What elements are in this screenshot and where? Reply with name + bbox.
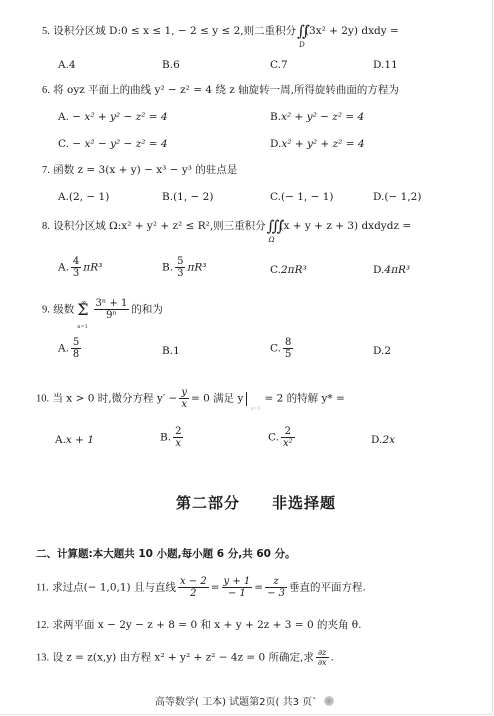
exam-page: 5. 设积分区域 D:0 ≤ x ≤ 1, − 2 ≤ y ≤ 2,则二重积分∬… — [0, 0, 493, 715]
option-9d: D.2 — [373, 344, 391, 358]
stem-text: 垂直的平面方程. — [289, 582, 366, 594]
option-8d: D.4πR³ — [373, 263, 410, 277]
fraction: 58 — [71, 337, 81, 360]
option-9b: B.1 — [162, 344, 180, 358]
summation-symbol: ∞Σn=1 — [77, 303, 88, 317]
stem-text: 将 oyz 平面上的曲线 y² − z² = 4 绕 z 轴旋转一周,所得旋转曲… — [53, 84, 399, 96]
stem-text: 当 x > 0 时,微分方程 y′ − — [52, 393, 177, 405]
fraction: 43 — [71, 256, 81, 279]
stem-text: 求过点(− 1,0,1) 且与直线 — [52, 582, 176, 594]
question-11-stem: 11. 求过点(− 1,0,1) 且与直线x − 22=y + 1− 1=z− … — [36, 576, 366, 599]
fraction: 85 — [283, 337, 293, 360]
triple-integral-symbol: ∭Ω — [267, 219, 279, 233]
stem-text: 设积分区域 Ω:x² + y² + z² ≤ R²,则三重积分 — [53, 220, 265, 232]
fraction: 53 — [175, 256, 185, 279]
option-5c: C.7 — [270, 58, 288, 72]
fraction: y + 1− 1 — [222, 576, 253, 599]
option-9a: A.58 — [58, 337, 83, 360]
fraction: 2x² — [281, 426, 295, 449]
part-two-title: 第二部分 非选择题 — [176, 492, 336, 513]
question-number: 5. — [42, 26, 50, 37]
question-number: 13. — [36, 653, 49, 664]
question-number: 12. — [36, 620, 49, 631]
integrand-text: (3x² + 2y) dxdy = — [305, 25, 399, 37]
stem-text: 的和为 — [131, 304, 163, 316]
question-10-stem: 10. 当 x > 0 时,微分方程 y′ −yx= 0 满足 yx=1= 2 … — [36, 387, 345, 410]
option-7a: A.(2, − 1) — [58, 190, 109, 204]
option-6b: B.x² + y² − z² = 4 — [270, 110, 364, 124]
option-7c: C.(− 1, − 1) — [270, 190, 334, 204]
fraction: z− 3 — [265, 576, 287, 599]
section-two-heading: 二、计算题:本大题共 10 小题,每小题 6 分,共 60 分。 — [36, 546, 296, 561]
evaluation-bar: x=1 — [246, 392, 261, 406]
double-integral-symbol: ∬D — [297, 24, 304, 38]
question-5-stem: 5. 设积分区域 D:0 ≤ x ≤ 1, − 2 ≤ y ≤ 2,则二重积分∬… — [42, 24, 399, 39]
question-7-stem: 7. 函数 z = 3(x + y) − x³ − y³ 的驻点是 — [42, 163, 237, 178]
stem-text: 设积分区域 D:0 ≤ x ≤ 1, − 2 ≤ y ≤ 2,则二重积分 — [53, 25, 296, 37]
question-number: 8. — [42, 221, 50, 232]
series-term: 3ⁿ + 19ⁿ — [94, 298, 130, 321]
question-number: 7. — [42, 165, 50, 176]
question-number: 6. — [42, 85, 50, 96]
question-8-stem: 8. 设积分区域 Ω:x² + y² + z² ≤ R²,则三重积分∭Ω(x +… — [42, 219, 411, 234]
option-10a: A.x + 1 — [55, 433, 94, 447]
option-5b: B.6 — [162, 58, 180, 72]
option-7b: B.(1, − 2) — [162, 190, 213, 204]
option-5d: D.11 — [373, 58, 398, 72]
stem-text: 求两平面 x − 2y − z + 8 = 0 和 x + y + 2z + 3… — [52, 619, 361, 631]
fraction: yx — [179, 387, 189, 410]
question-13-stem: 13. 设 z = z(x,y) 由方程 x² + y² + z² − 4z =… — [36, 648, 334, 667]
scan-smudge — [324, 696, 334, 706]
option-10d: D.2x — [371, 433, 395, 447]
option-10c: C.2x² — [268, 426, 297, 449]
question-6-stem: 6. 将 oyz 平面上的曲线 y² − z² = 4 绕 z 轴旋转一周,所得… — [42, 83, 399, 98]
option-6c: C. − x² − y² − z² = 4 — [58, 137, 168, 151]
stem-text: = 0 满足 y — [191, 393, 243, 405]
stem-text: = 2 的特解 y* = — [264, 393, 344, 405]
integrand-text: (x + y + z + 3) dxdydz = — [279, 220, 411, 232]
option-10b: B.2x — [160, 426, 185, 449]
question-number: 11. — [36, 583, 49, 594]
option-5a: A.4 — [58, 58, 76, 72]
partial-derivative: ∂z∂x — [316, 648, 329, 667]
option-6d: D.x² + y² + z² = 4 — [270, 137, 365, 151]
option-8c: C.2πR³ — [270, 263, 307, 277]
question-number: 9. — [42, 305, 50, 316]
option-7d: D.(− 1,2) — [373, 190, 421, 204]
option-8a: A.43πR³ — [58, 256, 102, 279]
stem-text: 设 z = z(x,y) 由方程 x² + y² + z² − 4z = 0 所… — [52, 652, 313, 664]
page-footer: 高等数学( 工本) 试题第2页( 共3 页` — [155, 693, 317, 708]
fraction: x − 22 — [178, 576, 209, 599]
question-number: 10. — [36, 394, 49, 405]
option-6a: A. − x² + y² − z² = 4 — [58, 110, 168, 124]
question-12-stem: 12. 求两平面 x − 2y − z + 8 = 0 和 x + y + 2z… — [36, 618, 361, 633]
option-9c: C.85 — [270, 337, 295, 360]
question-9-stem: 9. 级数∞Σn=13ⁿ + 19ⁿ的和为 — [42, 298, 163, 321]
option-8b: B.53πR³ — [162, 256, 206, 279]
stem-text: 级数 — [53, 304, 74, 316]
fraction: 2x — [173, 426, 183, 449]
stem-text: 函数 z = 3(x + y) − x³ − y³ 的驻点是 — [53, 164, 237, 176]
